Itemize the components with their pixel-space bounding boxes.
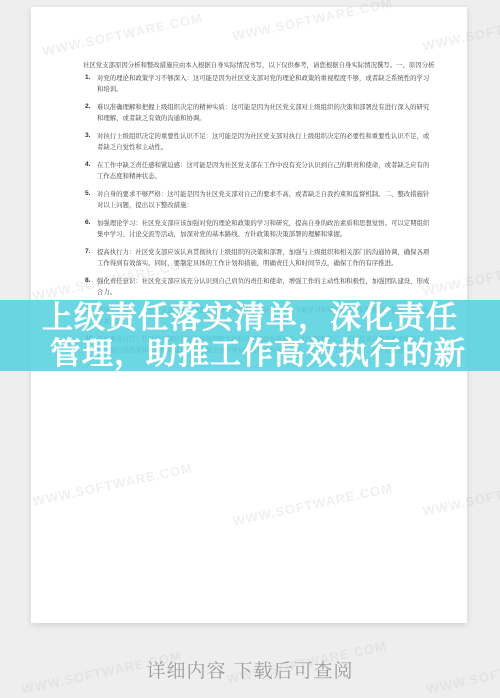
item-number: 3. bbox=[83, 131, 97, 152]
list-item: 2. 难以准确理解和把握上级组织决定的精神实质：这可能是因为社区党支部对上级组织… bbox=[83, 102, 443, 123]
item-number: 4. bbox=[83, 160, 97, 181]
list-item: 5. 对自身的要求不够严格：这可能是因为社区党支部对自己的要求不高，或者缺乏自我… bbox=[83, 189, 443, 210]
item-number: 6. bbox=[83, 218, 97, 239]
item-text: 对自身的要求不够严格：这可能是因为社区党支部对自己的要求不高，或者缺乏自我约束和… bbox=[97, 189, 443, 210]
watermark: WWW.SOFTWARE.COM bbox=[231, 0, 394, 44]
download-hint: 详细内容 下载后可查阅 bbox=[0, 656, 500, 683]
list-item: 6. 加强理论学习：社区党支部应该加强对党的理论和政策的学习和研究，提高自身的政… bbox=[83, 218, 443, 239]
item-text: 提高执行力：社区党支部应该认真贯彻执行上级组织的决策和部署，加强与上级组织和相关… bbox=[97, 247, 443, 268]
item-text: 对执行上级组织决定的重要性认识不足：这可能是因为社区党支部对执行上级组织决定的必… bbox=[97, 131, 443, 152]
banner-title-line-2: 管理，助推工作高效执行的新 bbox=[50, 336, 466, 372]
item-text: 加强理论学习：社区党支部应该加强对党的理论和政策的学习和研究，提高自身的政治素质… bbox=[97, 218, 443, 239]
watermark: WWW.SOFTWARE.COM bbox=[231, 480, 394, 529]
item-text: 难以准确理解和把握上级组织决定的精神实质：这可能是因为社区党支部对上级组织的决策… bbox=[97, 102, 443, 123]
item-text: 对党的理论和政策学习不够深入：这可能是因为社区党支部对党的理论和政策的重视程度不… bbox=[97, 73, 443, 94]
item-number: 2. bbox=[83, 102, 97, 123]
item-number: 1. bbox=[83, 73, 97, 94]
list-item: 7. 提高执行力：社区党支部应该认真贯彻执行上级组织的决策和部署，加强与上级组织… bbox=[83, 247, 443, 268]
item-number: 5. bbox=[83, 189, 97, 210]
item-text: 在工作中缺乏责任感和紧迫感：这可能是因为社区党支部在工作中没有充分认识到自己的职… bbox=[97, 160, 443, 181]
item-text: 强化责任意识：社区党支部应该充分认识到自己肩负的责任和使命，增强工作的主动性和积… bbox=[97, 276, 443, 297]
list-item: 3. 对执行上级组织决定的重要性认识不足：这可能是因为社区党支部对执行上级组织决… bbox=[83, 131, 443, 152]
list-item: 4. 在工作中缺乏责任感和紧迫感：这可能是因为社区党支部在工作中没有充分认识到自… bbox=[83, 160, 443, 181]
watermark: WWW.SOFTWARE.COM bbox=[31, 460, 194, 509]
watermark: WWW.SOFTWARE.COM bbox=[421, 470, 500, 519]
list-item: 1. 对党的理论和政策学习不够深入：这可能是因为社区党支部对党的理论和政策的重视… bbox=[83, 73, 443, 94]
list-item: 8. 强化责任意识：社区党支部应该充分认识到自己肩负的责任和使命，增强工作的主动… bbox=[83, 276, 443, 297]
watermark: WWW.SOFTWARE.COM bbox=[421, 5, 500, 54]
watermark: WWW.SOFTWARE.COM bbox=[41, 10, 204, 59]
banner-title-line-1: 上级责任落实清单，深化责任 bbox=[42, 300, 458, 336]
document-intro: 社区党支部原因分析和整改措施应由本人根据自身实际情况书写，以下仅供参考，请您根据… bbox=[83, 60, 443, 71]
item-number: 7. bbox=[83, 247, 97, 268]
item-number: 8. bbox=[83, 276, 97, 297]
title-banner: 上级责任落实清单，深化责任 管理，助推工作高效执行的新 bbox=[0, 300, 500, 371]
